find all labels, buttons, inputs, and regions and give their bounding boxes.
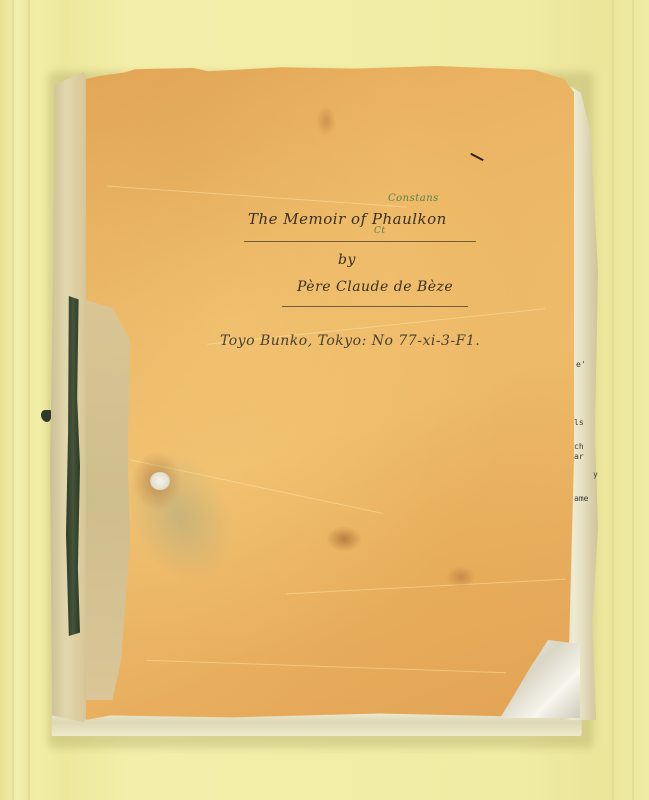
backdrop-fold (0, 0, 30, 800)
rust-stain (446, 566, 476, 588)
backdrop-stripe (612, 0, 614, 800)
catalog-note: Toyo Bunko, Tokyo: No 77-xi-3-F1. (220, 333, 480, 349)
title-insertion: Constans (388, 193, 439, 204)
page-edge-text: y (593, 470, 598, 479)
page-edge-text: ame (574, 494, 588, 503)
paper-crack (146, 660, 506, 674)
backdrop-stripe (12, 0, 14, 800)
tape-knot (41, 410, 51, 422)
page-edge-text: ar (574, 452, 584, 461)
backdrop-stripe (632, 0, 634, 800)
page-edge-text: e' (576, 360, 586, 369)
rust-stain (326, 526, 362, 552)
pin-mark (150, 472, 170, 490)
paper-crack (106, 186, 405, 208)
manuscript-cover (86, 66, 574, 720)
author-underline (282, 306, 468, 307)
paper-crack (286, 579, 566, 595)
byline: by (338, 252, 356, 268)
title-underline (244, 241, 476, 242)
page-edge-text: ls (574, 418, 584, 427)
backdrop-stripe (28, 0, 30, 800)
insertion-mark: Ct (374, 226, 386, 236)
manuscript-title: The Memoir of Phaulkon (248, 210, 447, 228)
author-name: Père Claude de Bèze (297, 279, 453, 295)
page-edge-text: ch (574, 442, 584, 451)
rust-stain (316, 106, 336, 136)
